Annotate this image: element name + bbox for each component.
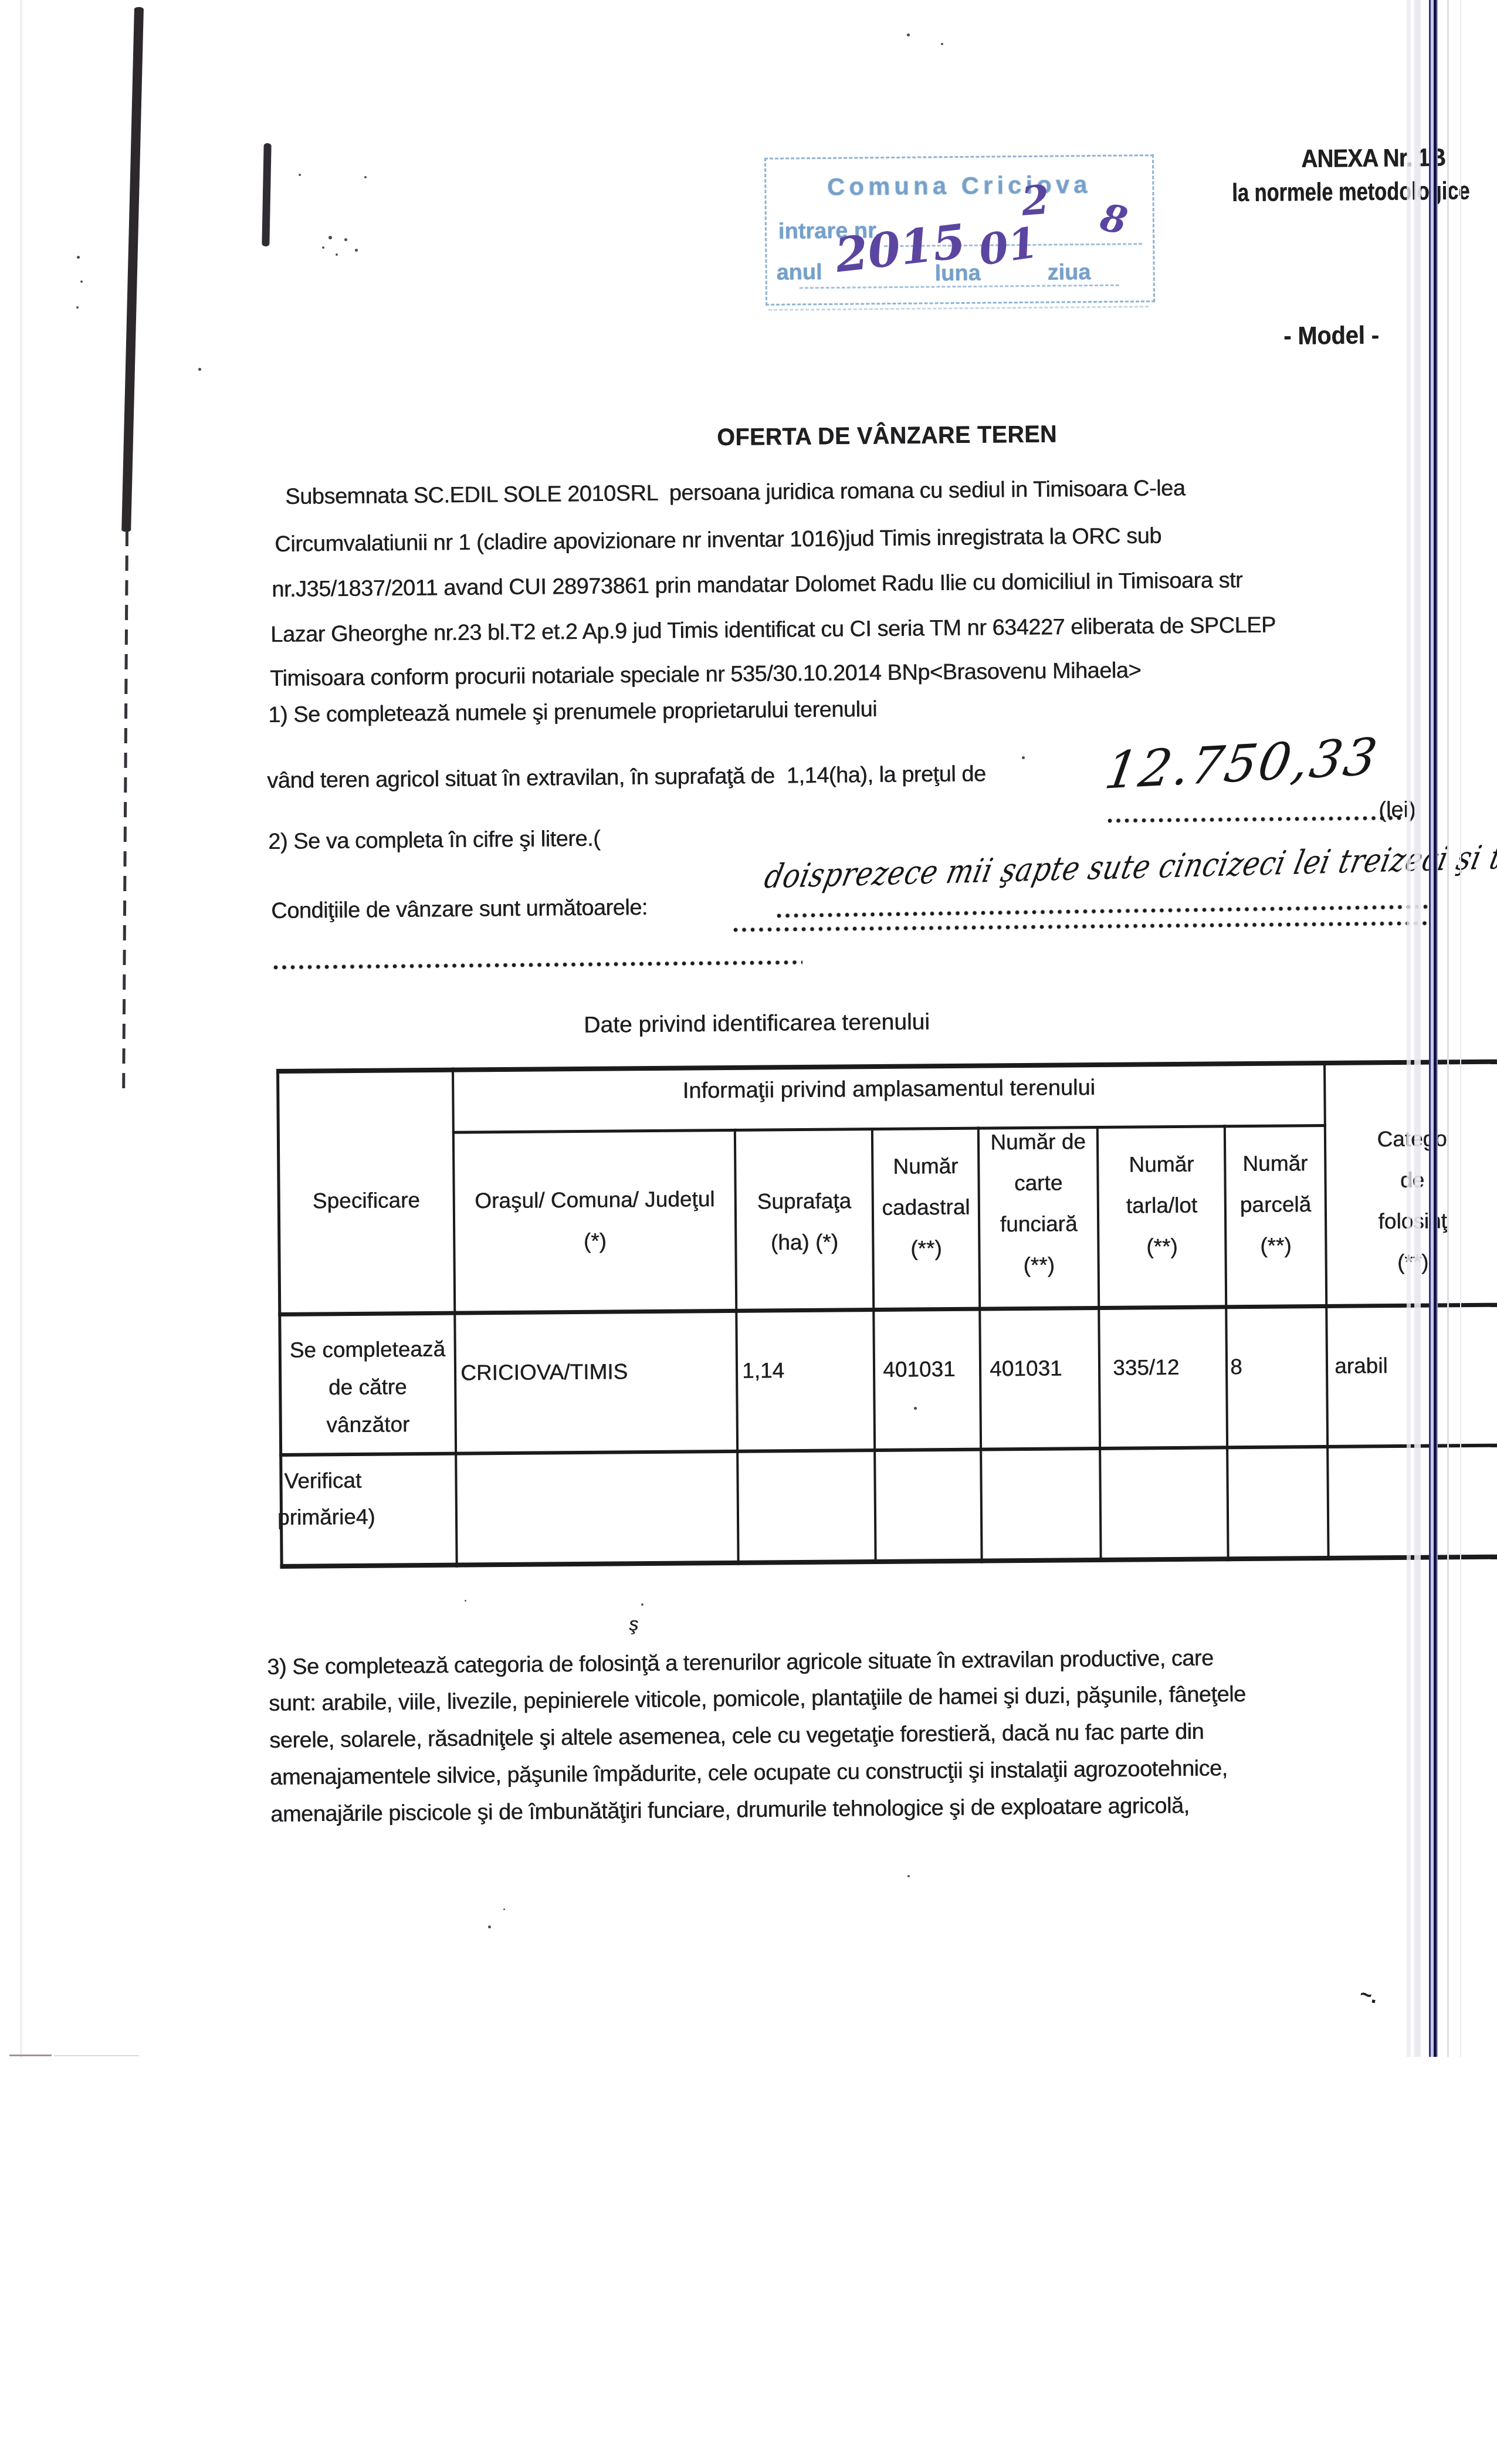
land-table: Informaţii privind amplasamentul terenul… — [276, 1060, 1497, 1570]
column-header-carte-funciara: Număr de carte funciară (**) — [980, 1121, 1098, 1287]
table-group-header: Informaţii privind amplasamentul terenul… — [452, 1074, 1326, 1106]
column-header-line: de — [1400, 1168, 1424, 1192]
intro-line: Timisoara conform procurii notariale spe… — [270, 658, 1141, 692]
scan-streak-short — [262, 143, 271, 246]
edge-gray-band-1 — [1407, 0, 1411, 2057]
speck — [465, 1600, 466, 1602]
speck — [299, 174, 301, 176]
table-section-title: Date privind identificarea terenului — [584, 1009, 930, 1038]
footnote-line: serele, solarele, răsadniţele şi altele … — [269, 1720, 1204, 1754]
column-header-line: tarla/lot — [1126, 1193, 1198, 1218]
speck — [355, 249, 358, 252]
model-label: - Model - — [1283, 321, 1379, 351]
footnote-line: amenajamentele silvice, păşunile împădur… — [270, 1756, 1228, 1791]
annex-label: ANEXA Nr. 1B — [1301, 144, 1445, 174]
speck — [907, 33, 910, 36]
column-header-line: (**) — [910, 1236, 942, 1260]
column-header-line: (*) — [584, 1229, 607, 1253]
table-row-rule — [279, 1444, 1497, 1457]
speck — [328, 236, 332, 239]
footnote-line: 3) Se completează categoria de folosinţă… — [267, 1646, 1214, 1680]
conditions-label: Condiţiile de vânzare sunt următoarele: — [271, 895, 648, 924]
price-words-dotted-line — [777, 903, 1434, 919]
stamp-year-label: anul — [776, 260, 822, 286]
speck — [76, 306, 79, 309]
speck — [941, 43, 943, 45]
edge-gray-line-3 — [1447, 0, 1449, 2057]
handwritten-price-words: doisprezece mii şapte sute cincizeci lei… — [761, 838, 1497, 896]
table-border-bottom — [280, 1555, 1497, 1569]
speck — [344, 238, 347, 241]
column-header-line: (ha) (*) — [771, 1230, 838, 1254]
stamp-month-handwritten: 01 — [976, 217, 1041, 275]
seller-row-label-line: vânzător — [326, 1412, 409, 1437]
column-header-categoria: Catego de folosinţ (**) — [1326, 1118, 1497, 1284]
column-header-line: cadastral — [882, 1195, 970, 1220]
note1-line: 1) Se completează numele şi prenumele pr… — [268, 697, 877, 728]
speck — [907, 1875, 910, 1877]
column-header-line: funciară — [1000, 1211, 1078, 1236]
stamp-ghost-line — [768, 306, 1149, 311]
bottom-left-mark-dark — [9, 2055, 52, 2056]
speck — [322, 246, 324, 249]
stray-squiggle-mark: ~. — [1358, 1983, 1379, 2008]
speck — [198, 368, 201, 371]
intro-line: nr.J35/1837/2011 avand CUI 28973861 prin… — [272, 568, 1242, 603]
table-vline-1 — [452, 1068, 458, 1568]
stamp-month-label: luna — [934, 261, 980, 287]
footnote-line: amenajările piscicole şi de îmbunătăţiri… — [270, 1793, 1190, 1827]
note2-prefix: 2) Se va completa în cifre şi litere.( — [268, 827, 600, 855]
column-header-oras: Oraşul/ Comuna/ Judeţul (*) — [455, 1179, 735, 1263]
column-header-line: Număr de — [990, 1129, 1086, 1154]
verified-row-label-line1: Verificat — [284, 1468, 361, 1494]
table-group-header-rule — [452, 1124, 1326, 1134]
edge-blue-line-halo — [1437, 0, 1438, 2057]
verified-row-label-line2: primărie4) — [277, 1505, 375, 1530]
scan-streak-long — [121, 7, 144, 532]
conditions-dotted-line-2 — [273, 959, 802, 970]
column-header-line: Număr — [1242, 1151, 1308, 1176]
seller-cell-carte-funciara: 401031 — [990, 1356, 1062, 1381]
speck — [364, 176, 367, 178]
column-header-cadastral: Număr cadastral (**) — [873, 1146, 978, 1270]
table-header-rule — [278, 1303, 1497, 1316]
column-header-line: (**) — [1023, 1253, 1055, 1277]
stamp-day-handwritten: 8 — [1097, 195, 1132, 243]
column-header-line: (**) — [1260, 1233, 1292, 1257]
document-title: OFERTA DE VÂNZARE TEREN — [717, 420, 1057, 451]
stray-cedilla-mark: ş — [629, 1613, 638, 1635]
intro-line: Subsemnata SC.EDIL SOLE 2010SRL persoana… — [285, 476, 1185, 510]
bottom-left-mark-light — [54, 2055, 139, 2056]
column-header-specificare: Specificare — [280, 1188, 453, 1214]
sale-line-prefix: vând teren agricol situat în extravilan,… — [267, 761, 986, 794]
speck — [1022, 756, 1025, 759]
speck — [488, 1925, 491, 1928]
column-header-suprafata: Suprafaţa (ha) (*) — [737, 1180, 872, 1264]
seller-cell-tarla: 335/12 — [1113, 1355, 1179, 1380]
conditions-dotted-line-1 — [733, 920, 1437, 933]
column-header-line: Suprafaţa — [757, 1189, 851, 1213]
column-header-line: (**) — [1397, 1250, 1429, 1274]
column-header-line: Număr — [1129, 1152, 1194, 1177]
column-header-line: Număr — [893, 1154, 958, 1179]
speck — [336, 253, 338, 256]
stamp-commune-name: Comuna Criciova — [766, 170, 1152, 202]
table-border-top — [276, 1060, 1497, 1074]
handwritten-price: 12.750,33 — [1101, 727, 1383, 801]
speck — [77, 256, 80, 259]
left-page-edge — [20, 0, 22, 2058]
intro-line: Circumvalatiunii nr 1 (cladire apovizion… — [275, 523, 1161, 557]
edge-gray-line-4 — [1460, 0, 1461, 2057]
column-header-line: Oraşul/ Comuna/ Judeţul — [475, 1187, 715, 1213]
seller-cell-cadastral: 401031 — [883, 1357, 956, 1382]
price-dotted-line — [1107, 815, 1405, 824]
column-header-line: (**) — [1146, 1234, 1178, 1258]
seller-row-label: Se completează de către vânzător — [281, 1331, 455, 1444]
speck — [503, 1908, 505, 1910]
seller-row-label-line: de către — [328, 1375, 407, 1399]
seller-cell-area: 1,14 — [742, 1358, 784, 1383]
seller-row-label-line: Se completează — [289, 1337, 445, 1362]
column-header-parcela: Număr parcelă (**) — [1226, 1143, 1325, 1267]
seller-cell-location: CRICIOVA/TIMIS — [460, 1359, 628, 1385]
column-header-line: carte — [1014, 1170, 1063, 1195]
footnote-line: sunt: arabile, viile, livezile, pepinier… — [269, 1682, 1246, 1717]
seller-cell-parcela: 8 — [1230, 1355, 1242, 1379]
speck — [80, 280, 83, 283]
stamp-day-label: ziua — [1047, 260, 1090, 286]
scan-streak-tail — [122, 531, 128, 1091]
intro-line: Lazar Gheorghe nr.23 bl.T2 et.2 Ap.9 jud… — [270, 613, 1276, 648]
column-header-line: parcelă — [1240, 1192, 1312, 1217]
table-border-left — [276, 1069, 283, 1569]
edge-gray-band-2 — [1414, 0, 1421, 2057]
scanned-document-page: ş ~. Comuna Criciova 2 intrare nr. anul … — [0, 0, 1497, 2464]
seller-cell-categoria: arabil — [1335, 1353, 1388, 1379]
speck — [641, 1603, 643, 1606]
column-header-tarla: Număr tarla/lot (**) — [1099, 1143, 1225, 1268]
registration-stamp: Comuna Criciova 2 intrare nr. anul 2015 … — [764, 154, 1155, 306]
